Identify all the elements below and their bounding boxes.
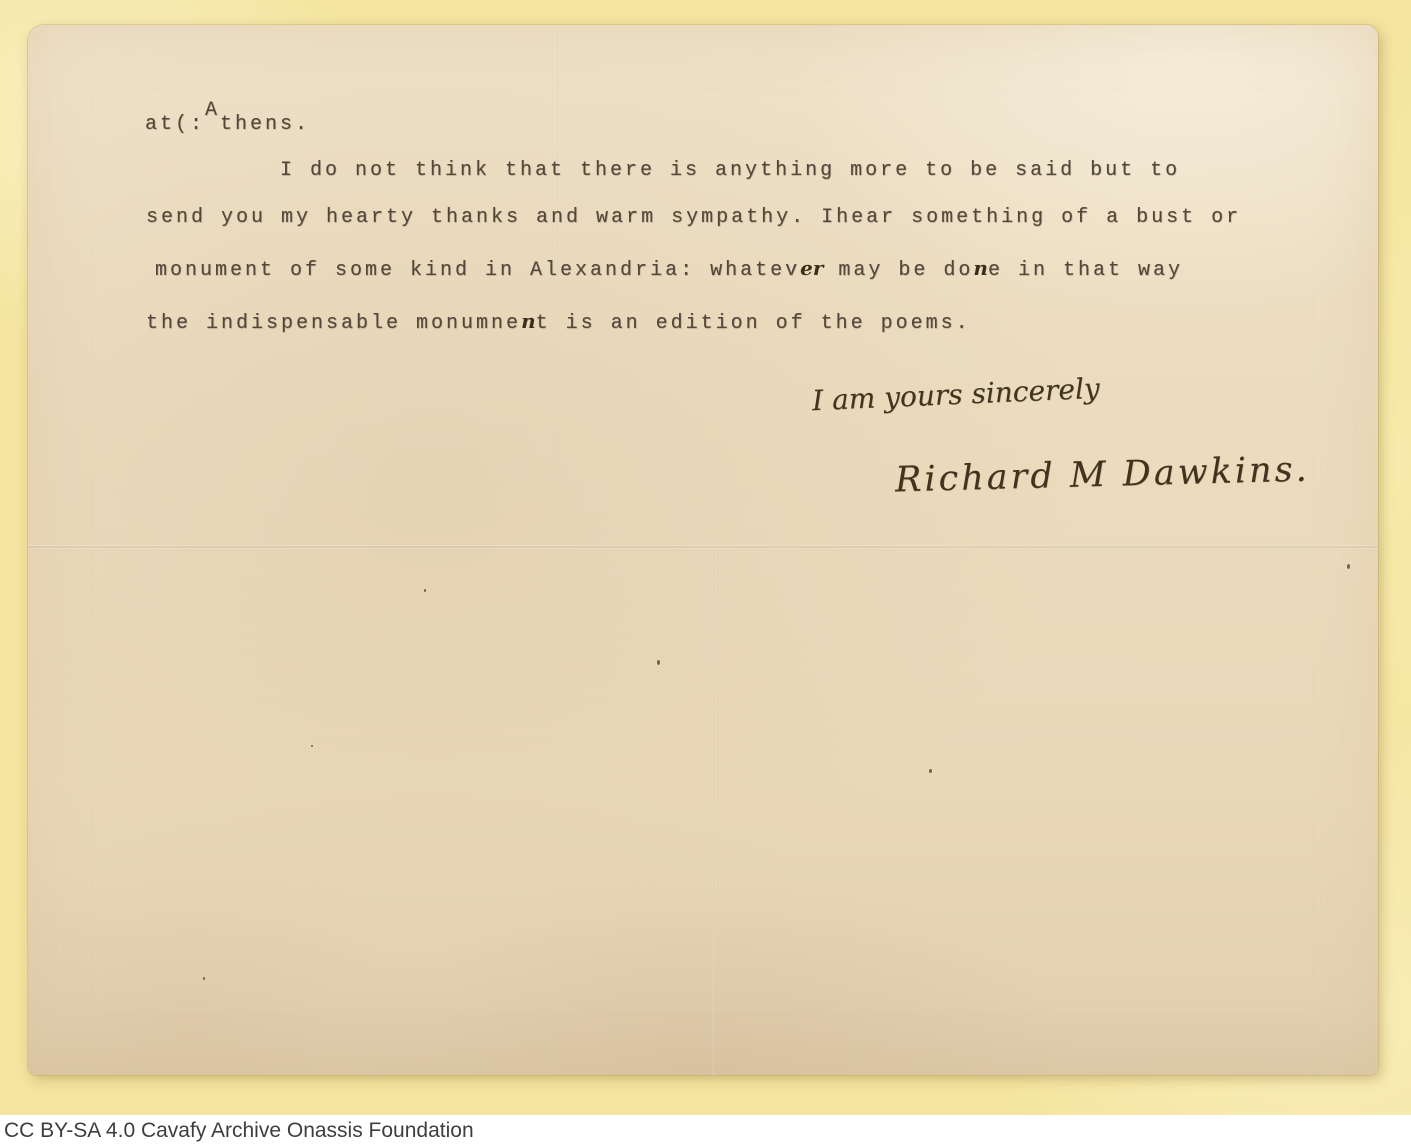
line3-typed-c: may be do [823,259,973,282]
typed-line-1: I do not think that there is anything mo… [280,158,1180,184]
paper-speck [203,977,205,980]
line3-typed-e: e in that way [988,259,1183,282]
license-caption: CC BY-SA 4.0 Cavafy Archive Onassis Foun… [4,1119,474,1143]
archive-scan-page: { "letter": { "heading": { "pre": "at(:"… [0,0,1411,1148]
line3-handwritten-er: er [800,256,823,280]
caption-bar: CC BY-SA 4.0 Cavafy Archive Onassis Foun… [0,1115,1411,1148]
line3-typed-a: monument of some kind in Alexandria: wha… [155,259,800,282]
heading-superscript-a: A [205,99,220,122]
typed-line-4: the indispensable monumnent is an editio… [146,308,971,337]
paper-speck [1347,564,1350,569]
paper-speck [657,660,660,665]
line3-handwritten-n: n [973,256,988,280]
typed-heading: at(:Athens. [145,112,310,138]
line4-typed-c: t is an edition of the poems. [536,312,971,335]
horizontal-fold-crease [28,545,1378,549]
paper-speck [311,745,313,747]
vertical-fold-crease-lower [712,548,715,1075]
line4-handwritten-n: n [521,309,536,333]
vertical-fold-crease-upper [556,25,559,545]
line4-typed-a: the indispensable monumne [146,312,521,335]
typed-line-3: monument of some kind in Alexandria: wha… [155,255,1183,284]
paper-speck [424,589,426,592]
heading-post: thens. [220,113,310,136]
paper-speck [929,769,932,773]
typed-line-2: send you my hearty thanks and warm sympa… [146,205,1241,231]
heading-pre: at(: [145,113,205,136]
